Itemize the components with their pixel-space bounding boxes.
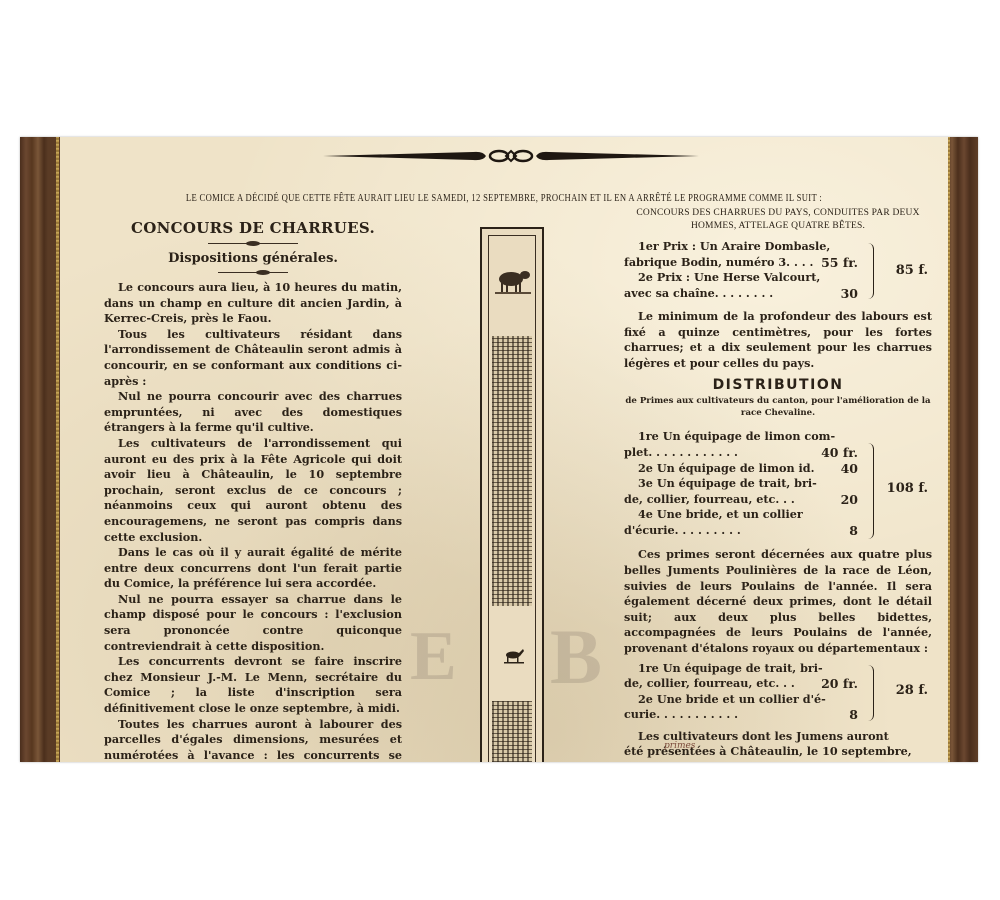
paragraph: Le concours aura lieu, à 10 heures du ma… xyxy=(104,280,402,327)
prize-desc-cont: de, collier, fourreau, etc. . . xyxy=(624,676,795,690)
paragraph: Nul ne pourra concourir avec des charrue… xyxy=(104,389,402,436)
prize-total: 85 f. xyxy=(896,263,928,278)
prize-value: 40 fr. xyxy=(821,445,858,461)
paragraph: Tous les cultivateurs résidant dans l'ar… xyxy=(104,327,402,389)
plough-prizes: 1er Prix : Un Araire Dombasle, fabrique … xyxy=(624,239,932,301)
prize-total: 108 f. xyxy=(887,481,928,496)
bleed-through-letter: B xyxy=(550,612,602,702)
horse-icon xyxy=(503,646,525,664)
prize-desc: Une bride et un collier d'é- xyxy=(657,692,826,706)
prize-row: 2e Une bride et un collier d'é- curie. .… xyxy=(624,692,932,723)
section-subtitle: Dispositions générales. xyxy=(104,251,402,266)
paragraph: Toutes les charrues auront à labourer de… xyxy=(104,717,402,762)
frame-gilt-left xyxy=(56,137,59,762)
prize-value: 40 xyxy=(841,461,858,477)
center-strip-inner xyxy=(488,235,536,762)
closing-paragraph: Les cultivateurs dont les Jumens auront … xyxy=(624,729,932,760)
handwritten-annotation: primes xyxy=(664,739,695,755)
prize-desc-cont: curie. . . . . . . . . . . xyxy=(624,707,738,721)
broadside-paper: E B LE COMICE A DÉCIDÉ QUE CETTE FÊTE AU… xyxy=(60,137,948,762)
prize-desc: Prix : Un Araire Dombasle, xyxy=(663,239,831,253)
prize-desc: Un équipage de trait, bri- xyxy=(657,476,817,490)
prize-ordinal: 1er xyxy=(638,239,659,253)
prize-ordinal: 3e xyxy=(638,476,653,490)
depth-rule: Le minimum de la profondeur des labours … xyxy=(624,309,932,371)
prize-value: 8 xyxy=(849,707,858,723)
plough-contest-heading: CONCOURS DES CHARRUES DU PAYS, CONDUITES… xyxy=(624,207,932,233)
prize-row: 4e Une bride, et un collier d'écurie. . … xyxy=(624,507,932,538)
distribution-subtitle: de Primes aux cultivateurs du canton, po… xyxy=(624,395,932,419)
prize-row: 1re Un équipage de limon com- plet. . . … xyxy=(624,429,932,460)
prize-desc: Un équipage de limon id. xyxy=(657,461,815,475)
ornamental-rule xyxy=(208,241,298,247)
prize-row: 1er Prix : Un Araire Dombasle, fabrique … xyxy=(624,239,932,270)
prize-desc: Prix : Une Herse Valcourt, xyxy=(657,270,820,284)
brace xyxy=(867,243,874,299)
prize-desc-cont: plet. . . . . . . . . . . . xyxy=(624,445,738,459)
paragraph: Dans le cas où il y aurait égalité de mé… xyxy=(104,545,402,592)
brace xyxy=(867,665,874,721)
prize-row: 2e Un équipage de limon id. 40 xyxy=(624,461,932,477)
prize-ordinal: 2e xyxy=(638,461,653,475)
programme-announcement: LE COMICE A DÉCIDÉ QUE CETTE FÊTE AURAIT… xyxy=(140,193,868,204)
general-provisions: Le concours aura lieu, à 10 heures du ma… xyxy=(104,280,402,762)
ornamental-pattern xyxy=(492,701,532,762)
prize-desc-cont: fabrique Bodin, numéro 3. . . . xyxy=(624,255,813,269)
prize-row: 2e Prix : Une Herse Valcourt, avec sa ch… xyxy=(624,270,932,301)
prize-total: 28 f. xyxy=(896,683,928,698)
prize-value: 8 xyxy=(849,523,858,539)
prize-ordinal: 1re xyxy=(638,661,659,675)
prize-ordinal: 2e xyxy=(638,692,653,706)
prize-desc-cont: de, collier, fourreau, etc. . . xyxy=(624,492,795,506)
paragraph: Les cultivateurs de l'arrondissement qui… xyxy=(104,436,402,545)
prize-ordinal: 2e xyxy=(638,270,653,284)
horse-prizes: 1re Un équipage de limon com- plet. . . … xyxy=(624,429,932,541)
paragraph: Le minimum de la profondeur des labours … xyxy=(624,309,932,371)
prize-desc: Une bride, et un collier xyxy=(657,507,803,521)
prize-ordinal: 1re xyxy=(638,429,659,443)
left-column: CONCOURS DE CHARRUES. Dispositions génér… xyxy=(104,219,402,762)
prize-desc-cont: d'écurie. . . . . . . . . xyxy=(624,523,741,537)
frame-right-edge xyxy=(948,137,978,762)
right-column: CONCOURS DES CHARRUES DU PAYS, CONDUITES… xyxy=(624,207,932,760)
prize-value: 20 fr. xyxy=(821,676,858,692)
prize-desc: Un équipage de limon com- xyxy=(663,429,835,443)
mares-paragraph: Ces primes seront décernées aux quatre p… xyxy=(624,547,932,656)
prize-row: 1re Un équipage de trait, bri- de, colli… xyxy=(624,661,932,692)
picture-frame: E B LE COMICE A DÉCIDÉ QUE CETTE FÊTE AU… xyxy=(20,137,978,762)
prize-value: 30 xyxy=(841,286,858,302)
distribution-title: DISTRIBUTION xyxy=(624,377,932,393)
cow-icon xyxy=(493,264,533,296)
prize-desc: Un équipage de trait, bri- xyxy=(663,661,823,675)
prize-value: 55 fr. xyxy=(821,255,858,271)
decorative-center-strip xyxy=(480,227,544,762)
prize-value: 20 xyxy=(841,492,858,508)
paragraph: Nul ne pourra essayer sa charrue dans le… xyxy=(104,592,402,654)
title-ornament xyxy=(323,149,699,163)
ornamental-rule xyxy=(218,270,288,276)
paragraph: Les concurrents devront se faire inscrir… xyxy=(104,654,402,716)
ornamental-pattern xyxy=(492,336,532,606)
prize-ordinal: 4e xyxy=(638,507,653,521)
bidette-prizes: 1re Un équipage de trait, bri- de, colli… xyxy=(624,661,932,723)
brace xyxy=(867,443,874,539)
prize-desc-cont: avec sa chaîne. . . . . . . . xyxy=(624,286,773,300)
paragraph: Ces primes seront décernées aux quatre p… xyxy=(624,547,932,656)
bleed-through-letter: E xyxy=(410,617,457,697)
section-title: CONCOURS DE CHARRUES. xyxy=(104,219,402,237)
